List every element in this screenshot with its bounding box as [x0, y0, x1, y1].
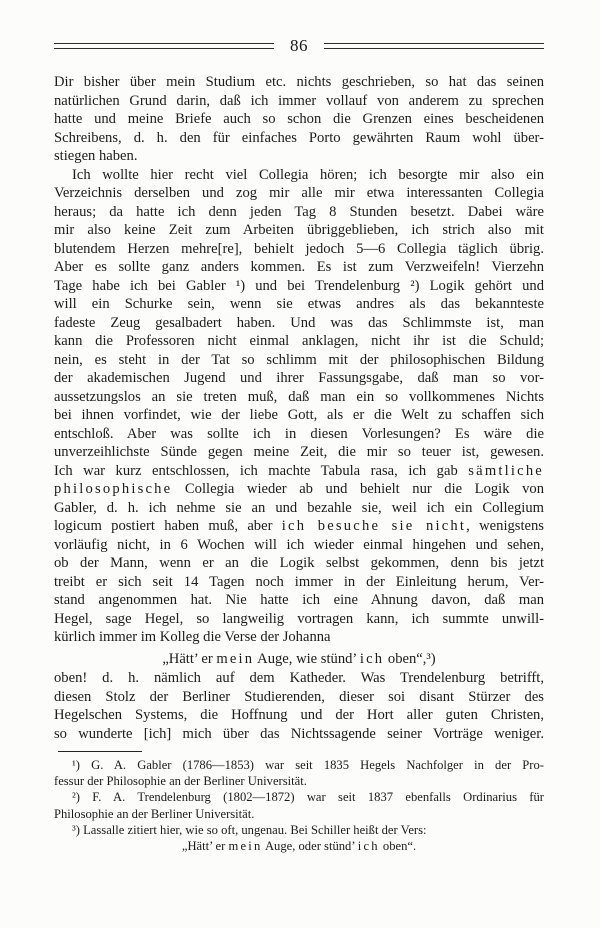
- body-text-line: Ich wollte hier recht viel Collegia höre…: [54, 166, 544, 185]
- footnote-text-line: ¹) G. A. Gabler (1786—1853) war seit 183…: [54, 757, 544, 773]
- body-text-line: Dir bisher über mein Studium etc. nichts…: [54, 73, 544, 92]
- text-segment: Collegia wieder ab und behielt nur die L…: [172, 481, 544, 497]
- text-segment: logicum postiert haben muß, aber: [54, 518, 282, 534]
- body-text-line: „Hätt’ er mein Auge, wie stünd’ ich oben…: [54, 650, 544, 669]
- body-text-line: unverzeihlichste Sünde gegen meine Zeit,…: [54, 443, 544, 462]
- body-text-line: so wunderte [ich] mich über das Nichtssa…: [54, 725, 544, 744]
- verse-quote: „Hätt’ er mein Auge, wie stünd’ ich oben…: [54, 650, 544, 669]
- footnote-separator: [58, 751, 142, 752]
- body-text-line: Schreibens, d. h. den für einfaches Port…: [54, 129, 544, 148]
- body-text-line: Gabler, d. h. ich nehme sie an und bezah…: [54, 499, 544, 518]
- body-text-line: diesen Stolz der Berliner Studierenden, …: [54, 688, 544, 707]
- body-text-line: natürlichen Grund darin, daß ich immer v…: [54, 92, 544, 111]
- page-number: 86: [274, 36, 324, 56]
- body-text-line: aussetzungslos an sie treten muß, daß ma…: [54, 388, 544, 407]
- body-text-line: hatte und meine Briefe auch so schon die…: [54, 110, 544, 129]
- body-text-line: Verzeichnis derselben und zog mir alle m…: [54, 184, 544, 203]
- footnote-3: ³) Lassalle zitiert hier, wie so oft, un…: [54, 822, 544, 854]
- header-rule-left: [54, 43, 274, 49]
- text-segment: Auge, wie stünd’: [254, 651, 360, 667]
- text-segment: oben“.: [380, 839, 416, 853]
- letterspaced-emphasis: ich besuche sie nicht: [282, 518, 466, 534]
- body-text-line: Tage habe ich bei Gabler ¹) und bei Tren…: [54, 277, 544, 296]
- text-segment: Ich war kurz entschlossen, ich machte Ta…: [54, 463, 468, 479]
- body-text-line: entschloß. Aber was sollte ich in diesen…: [54, 425, 544, 444]
- body-text-line: logicum postiert haben muß, aber ich bes…: [54, 517, 544, 536]
- letterspaced-emphasis: philosophische: [54, 481, 172, 497]
- footnote-text-line: fessur der Philosophie an der Berliner U…: [54, 773, 544, 789]
- body-text-line: kann die Professoren nicht einmal anklag…: [54, 332, 544, 351]
- letterspaced-emphasis: sämtliche: [468, 463, 544, 479]
- footnote-text-line: ²) F. A. Trendelenburg (1802—1872) war s…: [54, 789, 544, 805]
- paragraph: Dir bisher über mein Studium etc. nichts…: [54, 73, 544, 166]
- text-segment: oben“,³): [384, 651, 435, 667]
- header-rule-right: [324, 43, 544, 49]
- letterspaced-emphasis: mein: [216, 651, 254, 667]
- text-segment: „Hätt’ er: [162, 651, 216, 667]
- body-text-line: ob der Mann, wenn er an die Logik selbst…: [54, 554, 544, 573]
- body-text-line: Ich war kurz entschlossen, ich machte Ta…: [54, 462, 544, 481]
- body-text-line: philosophische Collegia wieder ab und be…: [54, 480, 544, 499]
- footnote-text-line: Philosophie an der Berliner Universität.: [54, 806, 544, 822]
- page-header: 86: [0, 0, 600, 56]
- letterspaced-emphasis: mein: [229, 839, 263, 853]
- scanned-book-page: 86 Dir bisher über mein Studium etc. nic…: [0, 0, 600, 928]
- text-segment: Auge, oder stünd’: [262, 839, 357, 853]
- footnotes: ¹) G. A. Gabler (1786—1853) war seit 183…: [0, 757, 600, 854]
- footnote-2: ²) F. A. Trendelenburg (1802—1872) war s…: [54, 789, 544, 821]
- body-text-line: will ein Schurke sein, wenn sie etwas an…: [54, 295, 544, 314]
- text-segment: , wenigstens: [466, 518, 544, 534]
- text-segment: „Hätt’ er: [182, 839, 229, 853]
- body-text-line: der akademischen Jugend und ihrer Fassun…: [54, 369, 544, 388]
- body-text-line: fadeste Zeug gesalbadert haben. Und was …: [54, 314, 544, 333]
- body-text-line: Hegel, sage Hegel, so langweilig vortrag…: [54, 610, 544, 629]
- footnote-text-line: „Hätt’ er mein Auge, oder stünd’ ich obe…: [54, 838, 544, 854]
- body-text-line: Hegelschen Systems, die Hoffnung und der…: [54, 706, 544, 725]
- body-text-line: mir also keine Zeit zum Arbeiten übrigge…: [54, 221, 544, 240]
- footnote-text-line: ³) Lassalle zitiert hier, wie so oft, un…: [54, 822, 544, 838]
- paragraph: oben! d. h. nämlich auf dem Katheder. Wa…: [54, 669, 544, 743]
- paragraph: Ich wollte hier recht viel Collegia höre…: [54, 166, 544, 647]
- body-text-line: kürlich immer im Kolleg die Verse der Jo…: [54, 628, 544, 647]
- body-text-line: vorläufig nicht, in 6 Wochen will ich wi…: [54, 536, 544, 555]
- footnote-1: ¹) G. A. Gabler (1786—1853) war seit 183…: [54, 757, 544, 789]
- page-body: Dir bisher über mein Studium etc. nichts…: [0, 56, 600, 743]
- body-text-line: bei ihnen vorfindet, wie der liebe Gott,…: [54, 406, 544, 425]
- body-text-line: stand angenommen hat. Nie hatte ich eine…: [54, 591, 544, 610]
- letterspaced-emphasis: ich: [360, 651, 384, 667]
- body-text-line: Aber es sollte ganz anders kommen. Es is…: [54, 258, 544, 277]
- body-text-line: heraus; da hatte ich denn jeden Tag 8 St…: [54, 203, 544, 222]
- body-text-line: nein, es steht in der Tat so schlimm mit…: [54, 351, 544, 370]
- body-text-line: blutendem Herzen mehre[re], behielt jedo…: [54, 240, 544, 259]
- body-text-line: treibt er sich seit 14 Tagen noch immer …: [54, 573, 544, 592]
- letterspaced-emphasis: ich: [358, 839, 380, 853]
- body-text-line: oben! d. h. nämlich auf dem Katheder. Wa…: [54, 669, 544, 688]
- body-text-line: stiegen haben.: [54, 147, 544, 166]
